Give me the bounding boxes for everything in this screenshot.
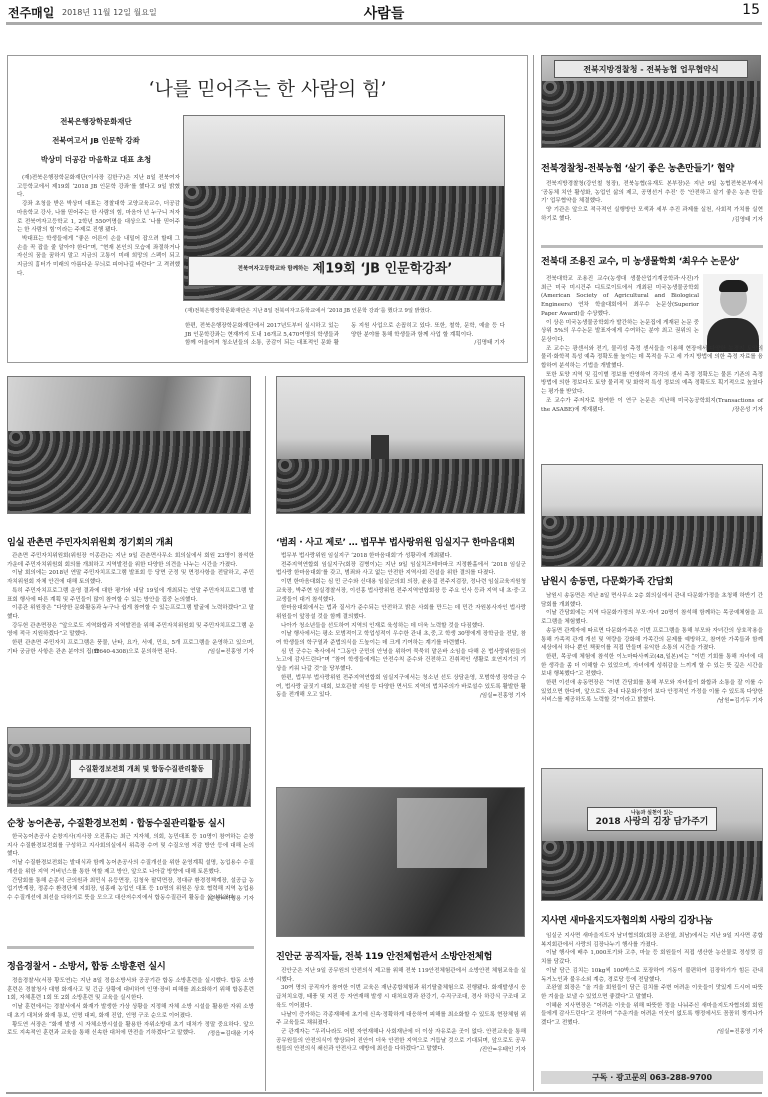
lead-body-continued: 한편, 전북은행장학문화재단에서 2017년도부터 실시하고 있는 JB 인문학… bbox=[185, 322, 505, 348]
byline: /김영태 기자 bbox=[541, 216, 763, 225]
lead-photo: 전북여자고등학교와 함께하는제19회 ‘JB 인문학강좌’ bbox=[183, 115, 505, 301]
gwanchon-photo bbox=[7, 376, 251, 514]
byline: /임실=진홍영 기자 bbox=[541, 1028, 763, 1037]
professor-body: 전북대학교 조용진 교수(농생대 생물산업기계공학과·사진)가 최근 미국 미시… bbox=[541, 275, 763, 415]
namwon-headline: 남원시 송동면, 다문화가족 간담회 bbox=[541, 573, 766, 587]
jeongeup-headline: 정읍경찰서 - 소방서, 합동 소방훈련 실시 bbox=[7, 958, 257, 972]
kimchi-body: 임실군 지사면 새마을지도자 남녀협의회(회장 조완열, 최남)에서는 지난 9… bbox=[541, 932, 763, 1036]
law-body: 법무부 법사랑위원 임실지구 ‘2018 한마음대회’가 성황리에 개최됐다. … bbox=[276, 552, 526, 701]
divider bbox=[7, 946, 254, 949]
police-nh-headline: 전북경찰청-전북농협 ‘살기 좋은 농촌만들기’ 협약 bbox=[541, 160, 766, 174]
photo-banner: 수질환경보전회 개최 및 합동수질관리활동 bbox=[70, 759, 213, 779]
jinan-photo bbox=[276, 787, 525, 937]
divider bbox=[541, 245, 763, 248]
kimchi-headline: 지사면 새마을지도자협의회 사랑의 김장나눔 bbox=[541, 912, 766, 926]
photo-banner: 전북지방경찰청 - 전북농협 업무협약식 bbox=[554, 60, 748, 78]
sunchang-body: 한국농어촌공사 순창지사(지사장 오진휴)는 최근 지자체, 의회, 농민대표 … bbox=[7, 833, 254, 903]
subhead: 전북여고서 JB 인문학 강좌 bbox=[12, 131, 180, 150]
sunchang-headline: 순창 농어촌공, 수질환경보전회 · 합동수질관리활동 실시 bbox=[7, 815, 257, 829]
lead-headline: ‘나를 믿어주는 한 사람의 힘’ bbox=[8, 74, 527, 101]
column-rule bbox=[265, 376, 266, 1091]
kimchi-photo: 나눔과 실천이 있는 2018 사랑의 김장 담가주기 bbox=[541, 768, 763, 901]
photo-banner: 나눔과 실천이 있는 2018 사랑의 김장 담가주기 bbox=[587, 807, 717, 831]
lead-body: (재)전북은행장학문화재단(이사장 김한구)은 지난 8일 전북여자고등학교에서… bbox=[17, 174, 180, 278]
police-nh-body: 전북지방경찰청(강인철 청장), 전북농협(유재도 본부장)은 지난 9일 농협… bbox=[541, 180, 763, 224]
footer-rule bbox=[6, 1092, 762, 1094]
gwanchon-headline: 임실 관촌면 주민자치위원회 정기회의 개최 bbox=[7, 534, 257, 548]
professor-headline: 전북대 조용진 교수, 미 농생물학회 ‘최우수 논문상’ bbox=[541, 253, 766, 267]
page-number: 15 bbox=[742, 2, 760, 18]
namwon-photo bbox=[541, 464, 763, 567]
jinan-body: 진안군은 지난 9일 공무원의 안전의식 제고를 위해 전북 119안전체험관에… bbox=[276, 967, 526, 1055]
gwanchon-body: 관촌면 주민자치위원회(위원장 이종관)는 지난 9일 관촌면사무소 회의실에서… bbox=[7, 552, 254, 657]
police-nh-photo: 전북지방경찰청 - 전북농협 업무협약식 bbox=[541, 55, 761, 148]
column-rule bbox=[533, 55, 534, 1091]
sunchang-photo: 수질환경보전회 개최 및 합동수질관리활동 bbox=[7, 727, 251, 807]
window-glow bbox=[397, 798, 487, 868]
lead-photo-caption: (재)전북은행장학문화재단은 지난 8일 전북여자고등학교에서 ‘2018 JB… bbox=[185, 306, 507, 314]
contact-box: 구독 · 광고문의 063-288-9700 bbox=[541, 1071, 763, 1084]
subhead: 박상미 더공감 마음학교 대표 초청 bbox=[12, 150, 180, 169]
jinan-headline: 진안군 공직자들, 전북 119 안전체험관서 소방안전체험 bbox=[276, 948, 531, 962]
lead-story: ‘나를 믿어주는 한 사람의 힘’ 전북은행장학문화재단 전북여고서 JB 인문… bbox=[7, 55, 528, 363]
law-headline: ‘범죄 · 사고 제로’ … 법무부 법사랑위원 임실지구 한마음대회 bbox=[276, 534, 531, 548]
subhead: 전북은행장학문화재단 bbox=[12, 112, 180, 131]
jeongeup-body: 정읍경찰서(서장 황도연)는 지난 8일 정읍소방서와 공공기관 합동 소방훈련… bbox=[7, 977, 254, 1039]
byline: /김명태 기자 bbox=[351, 339, 505, 348]
namwon-body: 남원시 송동면은 지난 8일 면사무소 2층 회의실에서 관내 다문화가정을 초… bbox=[541, 592, 763, 706]
lead-subheads: 전북은행장학문화재단 전북여고서 JB 인문학 강좌 박상미 더공감 마음학교 … bbox=[12, 112, 180, 169]
header-rule bbox=[6, 22, 762, 25]
section-title: 사람들 bbox=[0, 3, 768, 23]
photo-banner: 전북여자고등학교와 함께하는제19회 ‘JB 인문학강좌’ bbox=[188, 256, 502, 286]
law-event-photo bbox=[276, 376, 525, 514]
